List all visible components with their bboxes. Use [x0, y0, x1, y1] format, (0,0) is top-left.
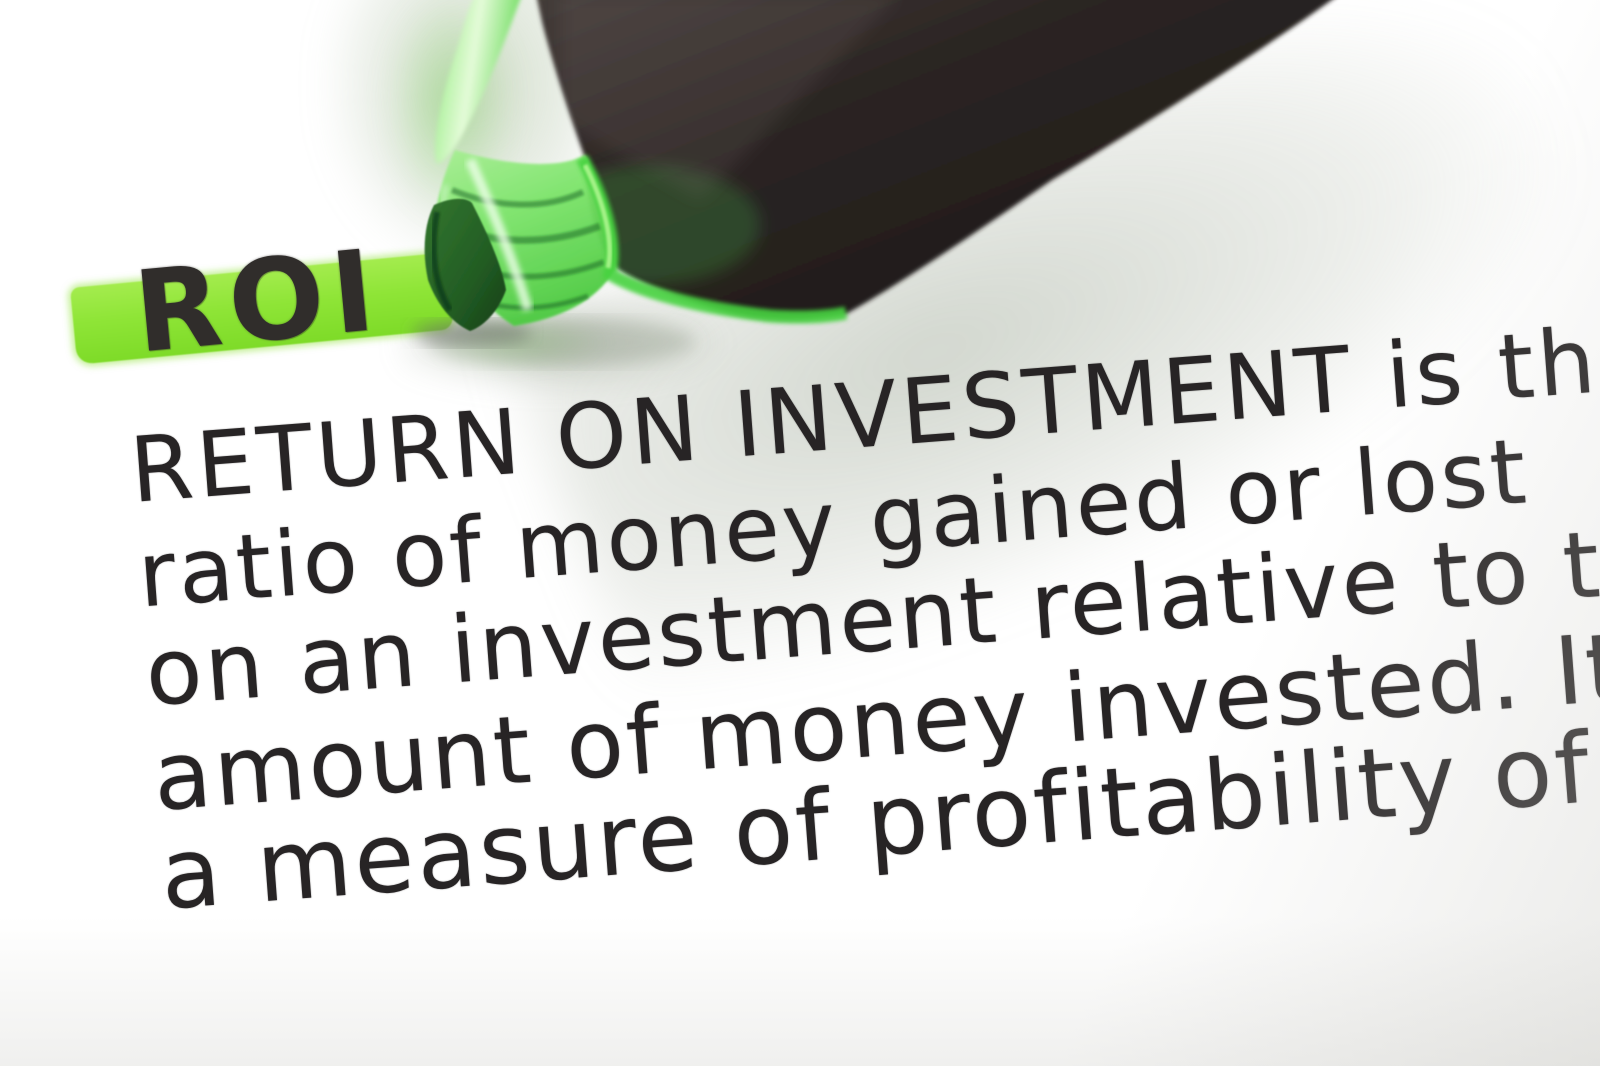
pen-barrel: [528, 0, 1340, 319]
photo-roi-definition: { "scene": { "type": "photograph", "desc…: [0, 0, 1600, 1066]
highlighted-term: ROI: [130, 235, 387, 370]
definition-text: RETURN ON INVESTMENT is th ratio of mone…: [128, 302, 1600, 1035]
green-glow-on-paper: [385, 0, 515, 220]
paper-shading-left-of-pen: [330, 0, 590, 260]
pen-shadow: [412, 318, 695, 366]
pen-nose-flange: [435, 0, 523, 164]
pen-collar: [435, 150, 615, 326]
pen-rim-highlight: [582, 158, 846, 317]
green-glow-near-tip: [440, 320, 610, 370]
collar-highlight: [470, 160, 528, 310]
collar-ribs: [440, 190, 604, 308]
barrel-green-reflection: [540, 165, 760, 285]
